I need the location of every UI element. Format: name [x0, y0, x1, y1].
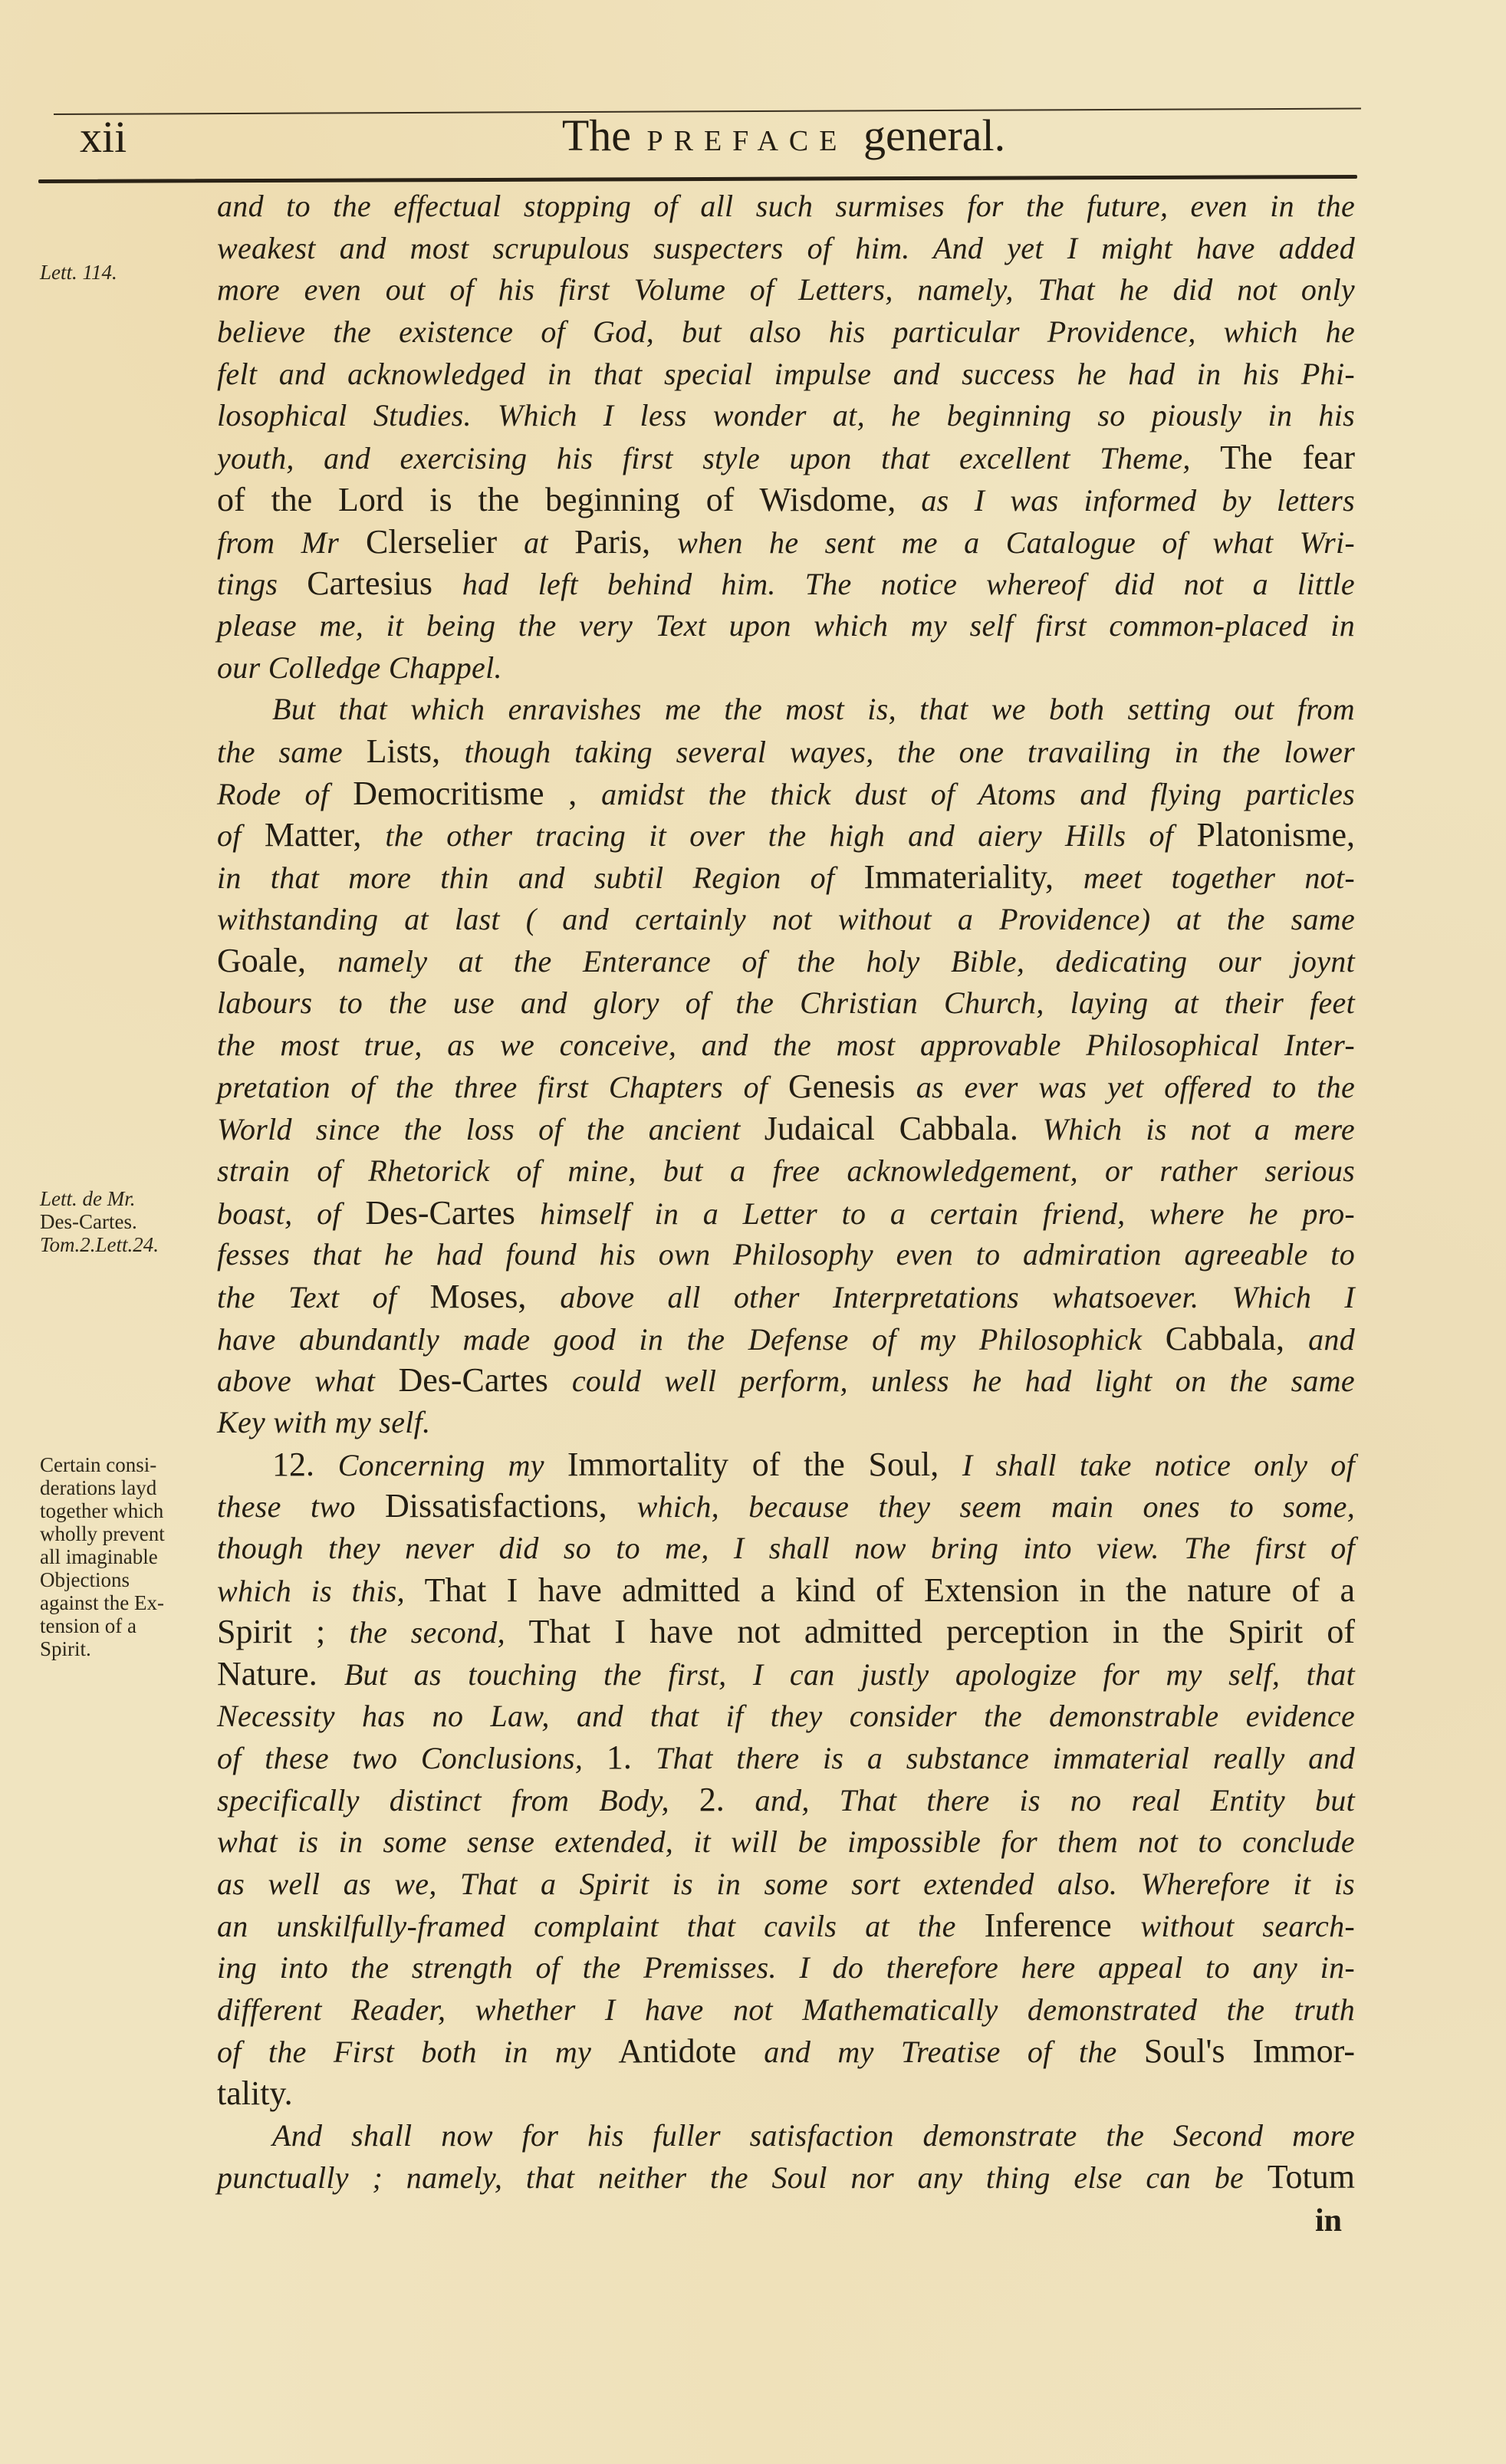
- roman-run: Dissatisfactions,: [385, 1487, 637, 1525]
- margin-note-line: together which: [40, 1499, 212, 1522]
- roman-run: Des-Cartes: [365, 1194, 540, 1232]
- text-line: labours to the use and glory of the Chri…: [217, 982, 1355, 1025]
- roman-run: 1.: [607, 1739, 656, 1776]
- text-line: boast, of Des-Cartes himself in a Letter…: [217, 1193, 1355, 1235]
- text-line: ing into the strength of the Premisses. …: [217, 1947, 1355, 1989]
- italic-run: at: [524, 525, 574, 560]
- italic-run: from Mr: [217, 525, 339, 560]
- roman-run: Lists,: [367, 732, 465, 770]
- text-line: of the Lord is the beginning of Wisdome,…: [217, 479, 1355, 521]
- text-line: though they never did so to me, I shall …: [217, 1528, 1355, 1570]
- italic-run: youth, and exercising his first style up…: [217, 441, 1191, 475]
- margin-note: Lett. de Mr.Des-Cartes.Tom.2.Lett.24.: [40, 1187, 212, 1256]
- text-line: Spirit ; the second, That I have not adm…: [217, 1611, 1355, 1653]
- text-line: above what Des-Cartes could well perform…: [217, 1360, 1355, 1402]
- margin-note-line: wholly prevent: [40, 1522, 212, 1545]
- catchword: in: [1315, 2202, 1342, 2239]
- italic-run: ing into the strength of the Premisses. …: [217, 1950, 1355, 1985]
- italic-run: though taking several wayes, the one tra…: [465, 735, 1355, 769]
- italic-run: our Colledge Chappel.: [217, 650, 502, 685]
- italic-run: please me, it being the very Text upon w…: [217, 608, 1355, 643]
- italic-run: But that which enravishes me the most is…: [272, 692, 1355, 726]
- roman-run: That I have admitted a kind of Extension…: [425, 1571, 1355, 1609]
- text-line: believe the existence of God, but also h…: [217, 311, 1355, 354]
- roman-run: Spirit ;: [217, 1613, 349, 1650]
- text-line: what is in some sense extended, it will …: [217, 1821, 1355, 1864]
- italic-run: I shall take notice only of: [962, 1448, 1355, 1482]
- running-head-caps: PREFACE: [646, 125, 847, 157]
- italic-run: of these two Conclusions,: [217, 1741, 607, 1775]
- text-line: But that which enravishes me the most is…: [217, 689, 1355, 731]
- roman-run: Platonisme,: [1196, 816, 1355, 854]
- italic-run: have abundantly made good in the Defense…: [217, 1322, 1166, 1357]
- margin-note-line: Certain consi-: [40, 1453, 212, 1476]
- running-head-pre: The: [562, 110, 631, 160]
- text-line: 12. Concerning my Immortality of the Sou…: [217, 1444, 1355, 1486]
- italic-run: strain of Rhetorick of mine, but a free …: [217, 1153, 1355, 1188]
- text-line: losophical Studies. Which I less wonder …: [217, 395, 1355, 437]
- italic-run: could well perform, unless he had light …: [572, 1364, 1355, 1398]
- italic-run: the second,: [349, 1615, 528, 1650]
- roman-run: Democritisme ,: [353, 775, 601, 812]
- roman-run: Judaical Cabbala.: [765, 1110, 1043, 1147]
- italic-run: the most true, as we conceive, and the m…: [217, 1028, 1355, 1062]
- italic-run: meet together not-: [1083, 860, 1355, 895]
- text-line: felt and acknowledged in that special im…: [217, 354, 1355, 396]
- italic-run: which is this,: [217, 1574, 425, 1608]
- italic-run: the Text of: [217, 1280, 430, 1314]
- text-line: as well as we, That a Spirit is in some …: [217, 1864, 1355, 1906]
- margin-note-line: Tom.2.Lett.24.: [40, 1233, 212, 1256]
- text-line: of Matter, the other tracing it over the…: [217, 814, 1355, 857]
- roman-run: Immortality of the Soul,: [567, 1446, 962, 1483]
- roman-run: tality.: [217, 2074, 293, 2112]
- text-line: specifically distinct from Body, 2. and,…: [217, 1779, 1355, 1821]
- margin-note-line: tension of a: [40, 1614, 212, 1637]
- italic-run: of the First both in my: [217, 2035, 618, 2069]
- italic-run: above all other Interpretations whatsoev…: [560, 1280, 1355, 1314]
- text-line: these two Dissatisfactions, which, becau…: [217, 1485, 1355, 1528]
- text-line: more even out of his first Volume of Let…: [217, 269, 1355, 311]
- text-line: tality.: [217, 2073, 1355, 2115]
- text-line: Goale, namely at the Enterance of the ho…: [217, 940, 1355, 982]
- margin-note-line: all imaginable: [40, 1545, 212, 1568]
- header-bottom-rule: [38, 175, 1357, 183]
- italic-run: himself in a Letter to a certain friend,…: [540, 1196, 1355, 1231]
- italic-run: Key with my self.: [217, 1405, 430, 1439]
- running-head: The PREFACE general.: [0, 113, 1506, 158]
- margin-note-line: Lett. 114.: [40, 261, 212, 284]
- italic-run: which, because they seem main ones to so…: [637, 1489, 1355, 1524]
- italic-run: Which is not a mere: [1043, 1112, 1355, 1146]
- text-line: World since the loss of the ancient Juda…: [217, 1108, 1355, 1150]
- italic-run: as ever was yet offered to the: [916, 1070, 1355, 1104]
- text-line: which is this, That I have admitted a ki…: [217, 1570, 1355, 1612]
- margin-note-line: derations layd: [40, 1476, 212, 1499]
- italic-run: tings: [217, 567, 307, 601]
- margin-note: Lett. 114.: [40, 261, 212, 284]
- roman-run: Moses,: [430, 1278, 561, 1315]
- text-line: an unskilfully-framed complaint that cav…: [217, 1905, 1355, 1947]
- italic-run: these two: [217, 1489, 385, 1524]
- italic-run: and, That there is no real Entity but: [755, 1783, 1356, 1818]
- italic-run: punctually ; namely, that neither the So…: [217, 2160, 1268, 2195]
- roman-run: Goale,: [217, 942, 337, 979]
- italic-run: withstanding at last ( and certainly not…: [217, 902, 1355, 936]
- text-line: our Colledge Chappel.: [217, 647, 1355, 689]
- italic-run: and my Treatise of the: [764, 2035, 1144, 2069]
- roman-run: Clerselier: [339, 523, 524, 561]
- margin-note-line: Lett. de Mr.: [40, 1187, 212, 1210]
- text-line: from Mr Clerselier at Paris, when he sen…: [217, 521, 1355, 564]
- italic-run: what is in some sense extended, it will …: [217, 1824, 1355, 1859]
- italic-run: as well as we, That a Spirit is in some …: [217, 1867, 1355, 1901]
- roman-run: Cartesius: [307, 564, 462, 602]
- margin-note-line: against the Ex-: [40, 1591, 212, 1614]
- text-line: withstanding at last ( and certainly not…: [217, 899, 1355, 941]
- italic-run: and to the effectual stopping of all suc…: [217, 189, 1355, 223]
- italic-run: fesses that he had found his own Philoso…: [217, 1237, 1355, 1271]
- roman-run: Genesis: [788, 1068, 916, 1105]
- text-line: weakest and most scrupulous suspecters o…: [217, 228, 1355, 270]
- text-line: the Text of Moses, above all other Inter…: [217, 1276, 1355, 1318]
- roman-run: 2.: [699, 1781, 755, 1818]
- margin-note: Certain consi-derations laydtogether whi…: [40, 1453, 212, 1660]
- roman-run: Nature.: [217, 1655, 344, 1693]
- running-head-post: general.: [863, 110, 1005, 160]
- italic-run: more even out of his first Volume of Let…: [217, 272, 1355, 307]
- text-line: please me, it being the very Text upon w…: [217, 605, 1355, 647]
- italic-run: boast, of: [217, 1196, 365, 1231]
- italic-run: felt and acknowledged in that special im…: [217, 357, 1355, 391]
- italic-run: amidst the thick dust of Atoms and flyin…: [601, 777, 1355, 811]
- italic-run: namely at the Enterance of the holy Bibl…: [337, 944, 1355, 979]
- roman-run: Totum: [1268, 2158, 1355, 2196]
- text-line: different Reader, whether I have not Mat…: [217, 1989, 1355, 2031]
- text-line: pretation of the three first Chapters of…: [217, 1066, 1355, 1108]
- roman-run: Soul's Immor-: [1144, 2032, 1355, 2070]
- text-line: Rode of Democritisme , amidst the thick …: [217, 773, 1355, 815]
- italic-run: different Reader, whether I have not Mat…: [217, 1992, 1355, 2027]
- margin-note-line: Des-Cartes.: [40, 1210, 212, 1233]
- roman-run: Immateriality,: [863, 858, 1083, 896]
- roman-run: of the Lord is the beginning of Wisdome,: [217, 481, 896, 518]
- italic-run: losophical Studies. Which I less wonder …: [217, 398, 1355, 433]
- italic-run: of: [217, 818, 265, 853]
- italic-run: weakest and most scrupulous suspecters o…: [217, 231, 1355, 265]
- italic-run: the same: [217, 735, 367, 769]
- italic-run: the other tracing it over the high and a…: [385, 818, 1196, 853]
- text-line: of the First both in my Antidote and my …: [217, 2031, 1355, 2073]
- text-line: strain of Rhetorick of mine, but a free …: [217, 1150, 1355, 1193]
- text-line: fesses that he had found his own Philoso…: [217, 1234, 1355, 1276]
- roman-run: Des-Cartes: [398, 1361, 571, 1399]
- roman-run: Antidote: [618, 2032, 764, 2070]
- italic-run: But as touching the first, I can justly …: [344, 1657, 1355, 1692]
- roman-run: Matter,: [265, 816, 385, 854]
- margin-note-line: Objections: [40, 1568, 212, 1591]
- italic-run: Rode of: [217, 777, 353, 811]
- text-line: the most true, as we conceive, and the m…: [217, 1025, 1355, 1067]
- text-line: in that more thin and subtil Region of I…: [217, 857, 1355, 899]
- roman-run: Paris,: [574, 523, 677, 561]
- italic-run: an unskilfully-framed complaint that cav…: [217, 1909, 985, 1943]
- text-line: and to the effectual stopping of all suc…: [217, 186, 1355, 228]
- italic-run: Concerning my: [338, 1448, 567, 1482]
- italic-run: Necessity has no Law, and that if they c…: [217, 1699, 1355, 1733]
- italic-run: when he sent me a Catalogue of what Wri-: [677, 525, 1355, 560]
- text-line: have abundantly made good in the Defense…: [217, 1318, 1355, 1360]
- italic-run: And shall now for his fuller satisfactio…: [272, 2118, 1355, 2153]
- text-line: Key with my self.: [217, 1402, 1355, 1444]
- italic-run: and: [1308, 1322, 1355, 1357]
- italic-run: above what: [217, 1364, 398, 1398]
- italic-run: as I was informed by letters: [896, 483, 1355, 518]
- italic-run: That there is a substance immaterial rea…: [656, 1741, 1355, 1775]
- text-line: tings Cartesius had left behind him. The…: [217, 563, 1355, 605]
- text-line: And shall now for his fuller satisfactio…: [217, 2115, 1355, 2157]
- italic-run: had left behind him. The notice whereof …: [462, 567, 1355, 601]
- roman-run: Cabbala,: [1166, 1320, 1308, 1357]
- text-line: of these two Conclusions, 1. That there …: [217, 1737, 1355, 1779]
- italic-run: labours to the use and glory of the Chri…: [217, 985, 1355, 1020]
- italic-run: though they never did so to me, I shall …: [217, 1531, 1355, 1565]
- body-text: and to the effectual stopping of all suc…: [217, 186, 1355, 2199]
- text-line: Necessity has no Law, and that if they c…: [217, 1696, 1355, 1738]
- roman-run: Inference: [985, 1906, 1141, 1944]
- italic-run: pretation of the three first Chapters of: [217, 1070, 788, 1104]
- italic-run: specifically distinct from Body,: [217, 1783, 699, 1818]
- italic-run: in that more thin and subtil Region of: [217, 860, 863, 895]
- text-line: youth, and exercising his first style up…: [217, 437, 1355, 479]
- italic-run: without search-: [1140, 1909, 1355, 1943]
- text-line: punctually ; namely, that neither the So…: [217, 2156, 1355, 2199]
- italic-run: World since the loss of the ancient: [217, 1112, 765, 1146]
- italic-run: believe the existence of God, but also h…: [217, 314, 1355, 349]
- roman-run: 12.: [272, 1446, 338, 1483]
- text-line: Nature. But as touching the first, I can…: [217, 1653, 1355, 1696]
- roman-run: The fear: [1191, 439, 1355, 476]
- margin-note-line: Spirit.: [40, 1637, 212, 1660]
- text-line: the same Lists, though taking several wa…: [217, 731, 1355, 773]
- roman-run: That I have not admitted perception in t…: [528, 1613, 1355, 1650]
